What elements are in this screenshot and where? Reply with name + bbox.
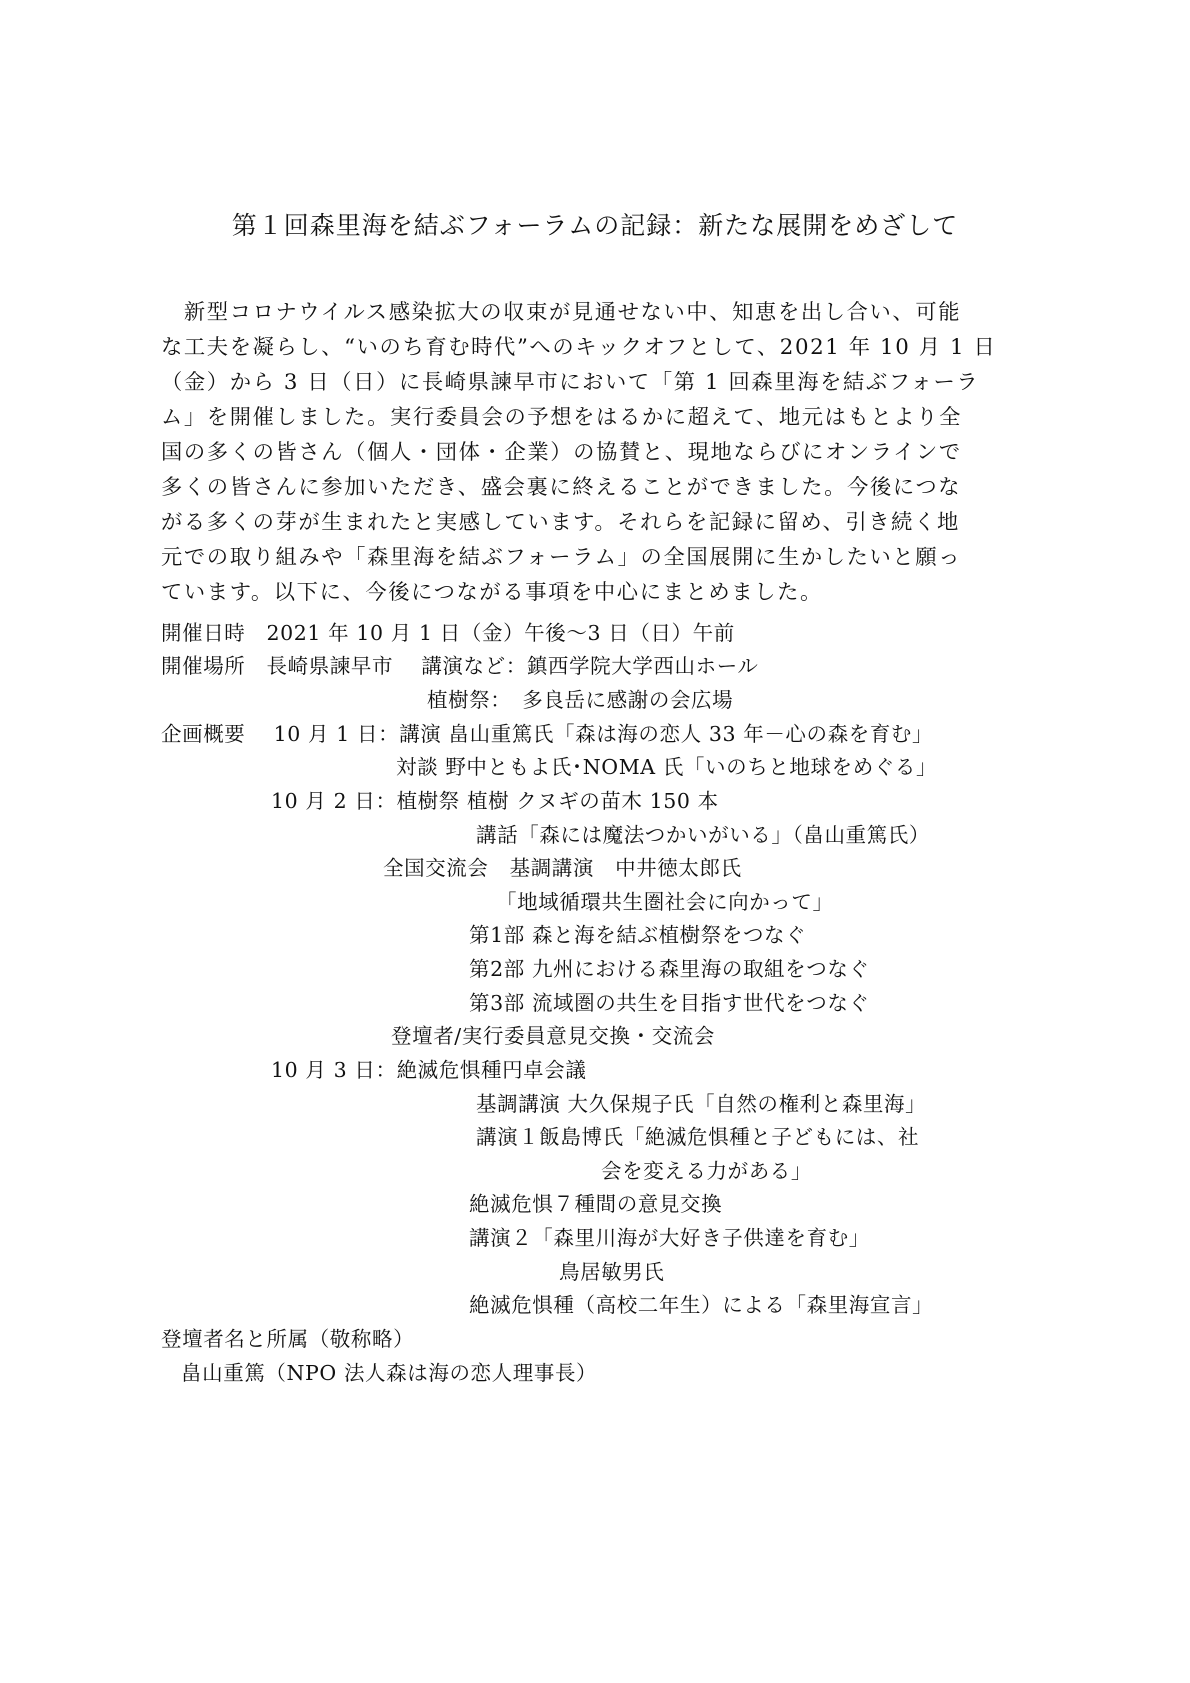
detail-line: 講演１飯島博氏「絶滅危惧種と子どもには、社 (476, 1120, 919, 1150)
detail-line: 全国交流会 基調講演 中井徳太郎氏 (383, 851, 742, 881)
detail-line: 講演２「森里川海が大好き子供達を育む」 (469, 1221, 870, 1251)
detail-line: 第2部 九州における森里海の取組をつなぐ (469, 952, 870, 982)
intro-line: な工夫を凝らし、“いのち育む時代”へのキックオフとして、2021 年 10 月 … (161, 330, 1031, 365)
detail-line: 第1部 森と海を結ぶ植樹祭をつなぐ (469, 918, 806, 948)
detail-line: 開催日時 2021 年 10 月 1 日（金）午後～3 日（日）午前 (161, 616, 735, 646)
detail-line: 対談 野中ともよ氏･NOMA 氏「いのちと地球をめぐる」 (396, 750, 937, 780)
detail-line: 鳥居敏男氏 (559, 1255, 665, 1285)
document-title: 第１回森里海を結ぶフォーラムの記録：新たな展開をめざして (0, 206, 1190, 242)
detail-line: 企画概要 10 月 1 日：講演 畠山重篤氏「森は海の恋人 33 年－心の森を育… (161, 717, 933, 747)
intro-line: 新型コロナウイルス感染拡大の収束が見通せない中、知恵を出し合い、可能 (161, 295, 1031, 330)
intro-line: がる多くの芽が生まれたと実感しています。それらを記録に留め、引き続く地 (161, 505, 1031, 540)
detail-line: 第3部 流域圏の共生を目指す世代をつなぐ (469, 986, 870, 1016)
intro-line: 多くの皆さんに参加いただき、盛会裏に終えることができました。今後につな (161, 470, 1031, 505)
detail-line: 畠山重篤（NPO 法人森は海の恋人理事長） (181, 1356, 597, 1386)
detail-line: 開催場所 長崎県諫早市 講演など：鎮西学院大学西山ホール (161, 649, 759, 679)
detail-line: 10 月 2 日：植樹祭 植樹 クヌギの苗木 150 本 (271, 784, 719, 814)
detail-line: 絶滅危惧７種間の意見交換 (469, 1187, 722, 1217)
detail-line: 登壇者名と所属（敬称略） (161, 1322, 414, 1352)
detail-line: 10 月 3 日：絶滅危惧種円卓会議 (271, 1053, 586, 1083)
intro-line: 元での取り組みや「森里海を結ぶフォーラム」の全国展開に生かしたいと願っ (161, 540, 1031, 575)
intro-line: 国の多くの皆さん（個人・団体・企業）の協賛と、現地ならびにオンラインで (161, 435, 1031, 470)
detail-line: 植樹祭： 多良岳に感謝の会広場 (427, 683, 733, 713)
detail-line: 基調講演 大久保規子氏「自然の権利と森里海」 (476, 1087, 926, 1117)
intro-line: ています。以下に、今後につながる事項を中心にまとめました。 (161, 575, 1031, 610)
detail-line: 講話「森には魔法つかいがいる」（畠山重篤氏） (476, 818, 930, 848)
detail-line: 登壇者/実行委員意見交換・交流会 (391, 1019, 715, 1049)
document-page: 第１回森里海を結ぶフォーラムの記録：新たな展開をめざして 新型コロナウイルス感染… (0, 0, 1190, 1683)
intro-line: ム」を開催しました。実行委員会の予想をはるかに超えて、地元はもとより全 (161, 400, 1031, 435)
detail-line: 「地域循環共生圏社会に向かって」 (496, 885, 834, 915)
intro-line: （金）から 3 日（日）に長崎県諫早市において「第 1 回森里海を結ぶフォーラ (161, 365, 1031, 400)
intro-paragraph: 新型コロナウイルス感染拡大の収束が見通せない中、知恵を出し合い、可能な工夫を凝ら… (161, 295, 1031, 610)
detail-line: 会を変える力がある」 (601, 1154, 812, 1184)
detail-line: 絶滅危惧種（高校二年生）による「森里海宣言」 (469, 1288, 933, 1318)
